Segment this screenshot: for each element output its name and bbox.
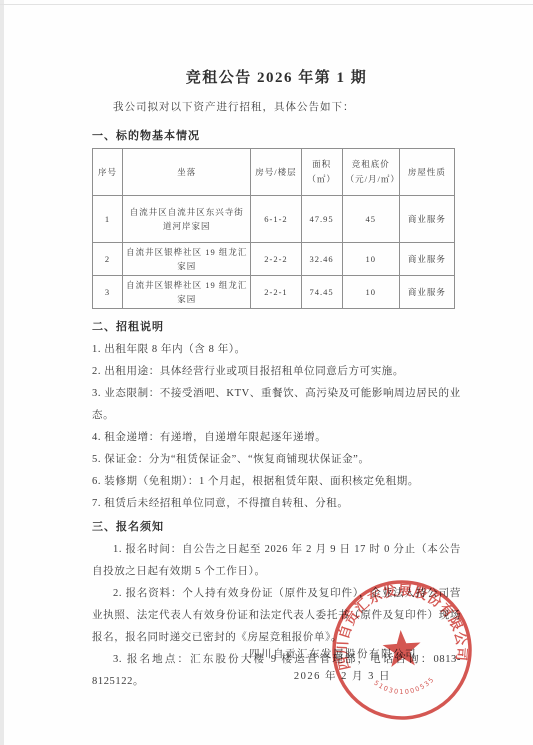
table-header-row: 序号 坐落 房号/楼层 面积 （㎡） 竞租底价 （元/月/㎡） 房屋性质	[93, 149, 455, 196]
cell-base-price: 10	[342, 243, 399, 276]
table-row: 3 自流井区银桦社区 19 组龙汇家园 2-2-1 74.45 10 商业服务	[93, 276, 455, 309]
seal-serial-number: 510301000535	[372, 675, 437, 699]
term-item-1: 1. 出租年限 8 年内（含 8 年）。	[92, 339, 461, 361]
cell-property-type: 商业服务	[399, 243, 454, 276]
cell-room: 2-2-1	[251, 276, 301, 309]
header-base-price: 竞租底价 （元/月/㎡）	[342, 149, 399, 196]
cell-base-price: 10	[342, 276, 399, 309]
cell-area: 47.95	[301, 196, 342, 243]
cell-area: 74.45	[301, 276, 342, 309]
cell-base-price: 45	[342, 196, 399, 243]
cell-seq: 3	[93, 276, 123, 309]
cell-property-type: 商业服务	[399, 196, 454, 243]
cell-seq: 1	[93, 196, 123, 243]
term-item-3: 3. 业态限制：不接受酒吧、KTV、重餐饮、高污染及可能影响周边居民的业态。	[92, 383, 461, 427]
seal-star-icon	[382, 629, 422, 668]
table-row: 2 自流井区银桦社区 19 组龙汇家园 2-2-2 32.46 10 商业服务	[93, 243, 455, 276]
section3-heading: 三、报名须知	[92, 518, 461, 534]
header-property-type: 房屋性质	[399, 149, 454, 196]
cell-property-type: 商业服务	[399, 276, 454, 309]
header-location: 坐落	[123, 149, 251, 196]
document-page: 竞租公告 2026 年第 1 期 我公司拟对以下资产进行招租，具体公告如下： 一…	[0, 0, 533, 745]
section2-heading: 二、招租说明	[92, 318, 461, 334]
header-area: 面积 （㎡）	[301, 149, 342, 196]
cell-seq: 2	[93, 243, 123, 276]
term-item-5: 5. 保证金：分为“租赁保证金”、“恢复商铺现状保证金”。	[92, 449, 461, 471]
term-item-7: 7. 租赁后未经招租单位同意，不得擅自转租、分租。	[92, 493, 461, 515]
section1-heading: 一、标的物基本情况	[92, 127, 461, 143]
header-seq: 序号	[93, 149, 123, 196]
official-seal: 四川自贡汇东发展股份有限公司 510301000535	[322, 570, 482, 730]
term-item-6: 6. 装修期（免租期）：1 个月起，根据租赁年限、面积核定免租期。	[92, 471, 461, 493]
rental-terms-list: 1. 出租年限 8 年内（含 8 年）。 2. 出租用途：具体经营行业或项目报招…	[92, 339, 461, 515]
cell-room: 6-1-2	[251, 196, 301, 243]
cell-location: 自流井区银桦社区 19 组龙汇家园	[123, 276, 251, 309]
header-room: 房号/楼层	[251, 149, 301, 196]
cell-area: 32.46	[301, 243, 342, 276]
cell-room: 2-2-2	[251, 243, 301, 276]
term-item-4: 4. 租金递增：有递增，自递增年限起逐年递增。	[92, 427, 461, 449]
cell-location: 自流井区自流井区东兴寺街道河岸家园	[123, 196, 251, 243]
assets-table: 序号 坐落 房号/楼层 面积 （㎡） 竞租底价 （元/月/㎡） 房屋性质 1 自…	[92, 148, 455, 309]
cell-location: 自流井区银桦社区 19 组龙汇家园	[123, 243, 251, 276]
intro-paragraph: 我公司拟对以下资产进行招租，具体公告如下：	[92, 100, 461, 116]
table-row: 1 自流井区自流井区东兴寺街道河岸家园 6-1-2 47.95 45 商业服务	[93, 196, 455, 243]
page-title: 竞租公告 2026 年第 1 期	[92, 66, 461, 87]
term-item-2: 2. 出租用途：具体经营行业或项目报招租单位同意后方可实施。	[92, 361, 461, 383]
